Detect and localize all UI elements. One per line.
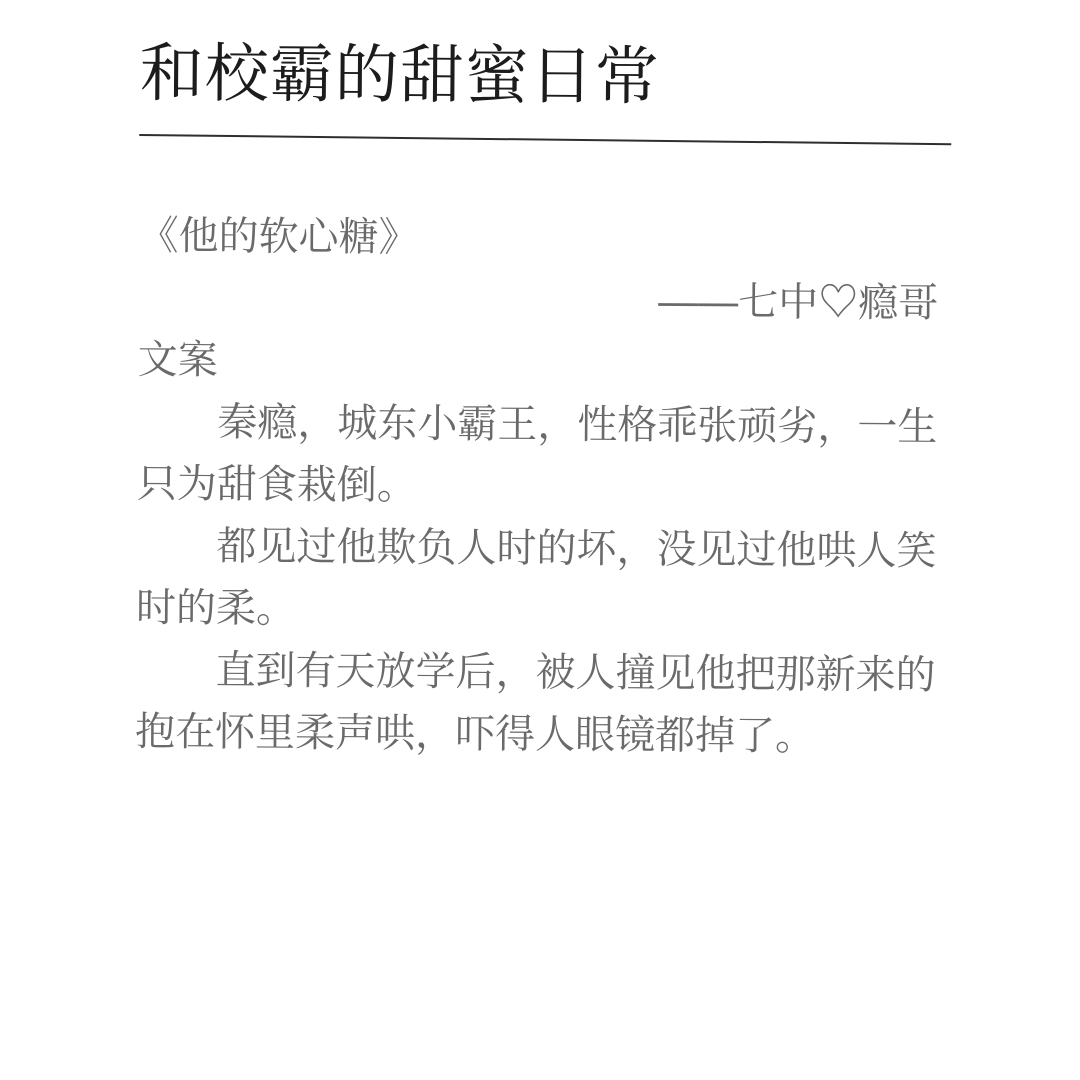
author-byline: ——七中♡瘾哥	[138, 267, 938, 335]
page-title: 和校霸的甜蜜日常	[140, 38, 952, 114]
document-page: 和校霸的甜蜜日常 《他的软心糖》 ——七中♡瘾哥 文案 秦瘾，城东小霸王，性格乖…	[135, 38, 952, 769]
article-body: 《他的软心糖》 ——七中♡瘾哥 文案 秦瘾，城东小霸王，性格乖张顽劣，一生只为甜…	[135, 205, 939, 769]
title-divider	[139, 134, 951, 145]
section-label: 文案	[138, 329, 938, 397]
book-title: 《他的软心糖》	[138, 205, 938, 273]
synopsis-paragraph: 直到有天放学后，被人撞见他把那新来的抱在怀里柔声哄，吓得人眼镜都掉了。	[135, 639, 936, 769]
synopsis-paragraph: 都见过他欺负人时的坏，没见过他哄人笑时的柔。	[136, 515, 937, 645]
synopsis-paragraph: 秦瘾，城东小霸王，性格乖张顽劣，一生只为甜食栽倒。	[137, 391, 938, 521]
